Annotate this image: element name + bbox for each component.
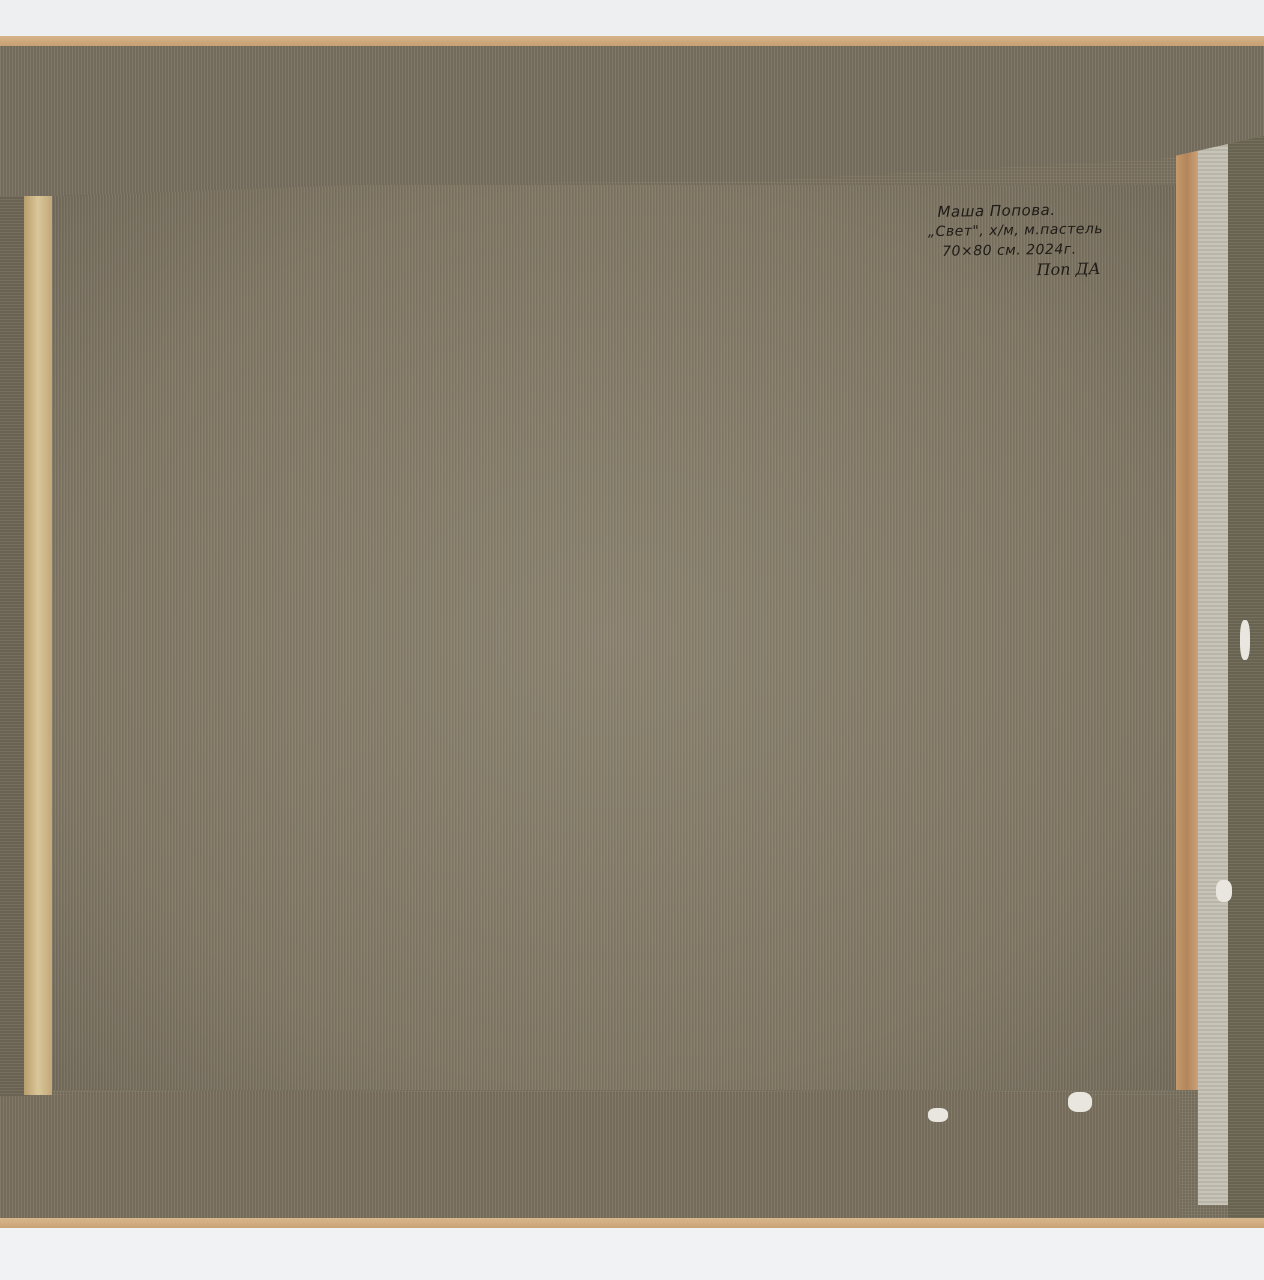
wall-background-top [0,0,1264,36]
signature: Поп ДА [1036,260,1168,278]
size-year: 70×80 см. 2024г. [942,238,1168,262]
frame-edge-bottom [0,1218,1264,1228]
canvas-back-photo: Маша Попова. „Свет", х/м, м.пастель 70×8… [0,0,1264,1280]
paint-spot [1068,1092,1092,1112]
frame-edge-top [0,36,1264,46]
wall-background-bottom [0,1228,1264,1280]
stretcher-bar-left [24,195,52,1095]
handwritten-inscription: Маша Попова. „Свет", х/м, м.пастель 70×8… [927,198,1168,280]
tape-strip-right [1198,120,1228,1205]
paint-spot [1240,620,1250,660]
stretcher-bar-right [1176,140,1198,1090]
canvas-back-center [52,185,1176,1090]
paint-spot [928,1108,948,1122]
linen-fold-bottom [0,1090,1180,1218]
paint-spot [1216,880,1232,902]
linen-fold-right [1228,120,1264,1218]
